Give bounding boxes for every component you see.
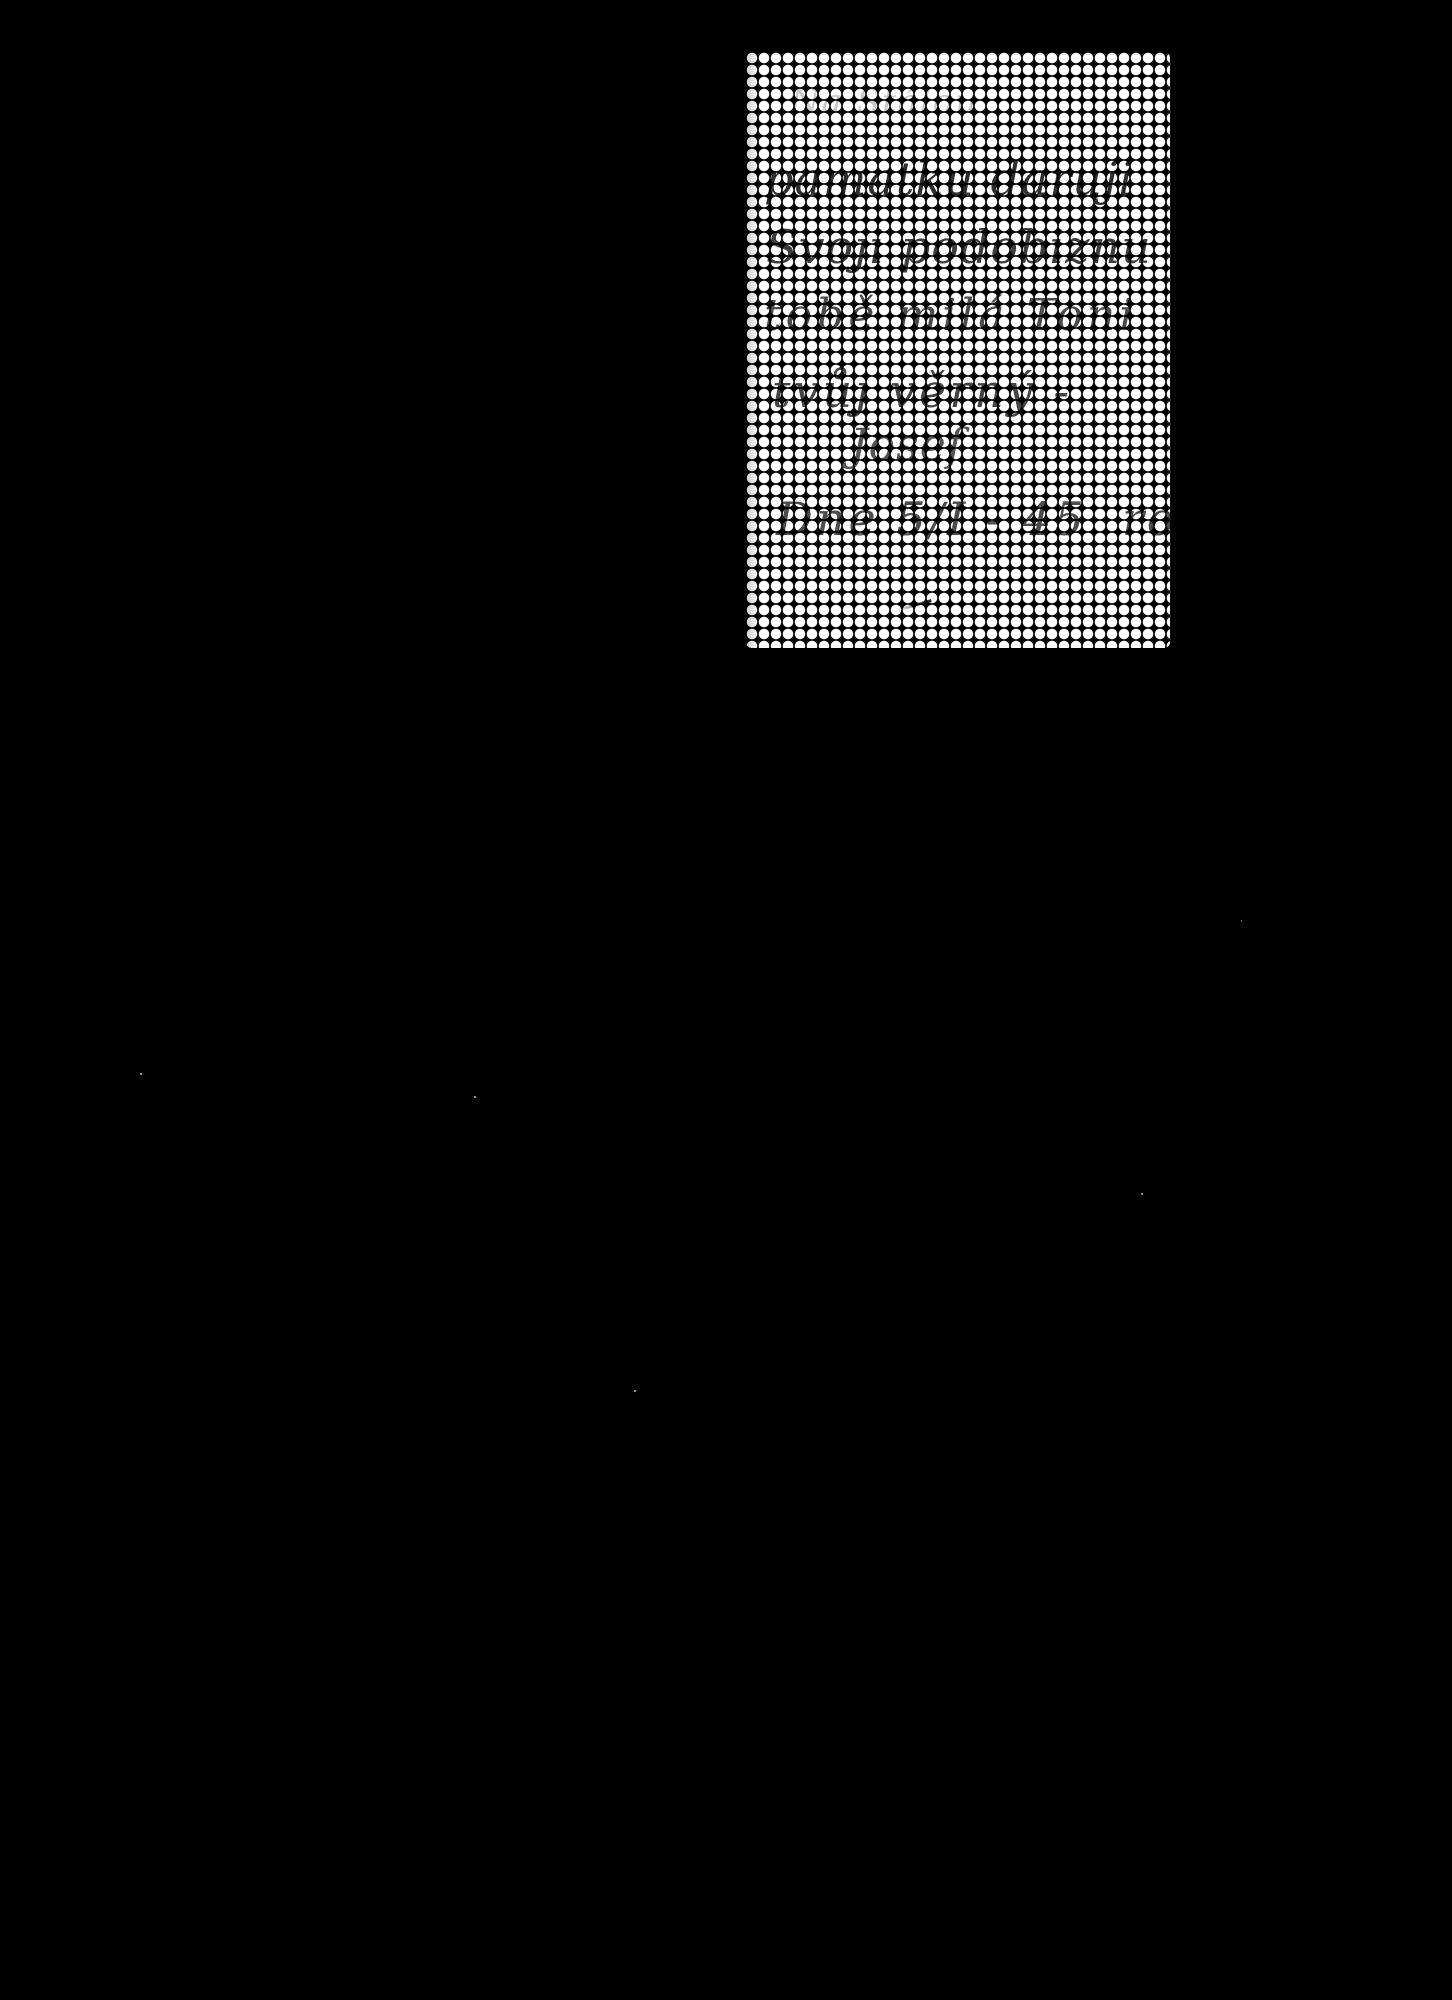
- dust-speck: [140, 1073, 142, 1075]
- photo-card-back: Na Stálou pamatku daruji Svoji podobiznu…: [746, 52, 1170, 648]
- dust-speck: [1241, 920, 1242, 921]
- ink-stray-mark: [896, 599, 931, 612]
- handwriting-signature: Josef: [850, 420, 964, 471]
- handwriting-line: Svoji podobiznu: [766, 220, 1152, 274]
- handwriting-date: Dne 5/I - 45. roku: [776, 492, 1241, 546]
- card-edge-shadow: [746, 52, 760, 648]
- dust-speck: [1141, 1193, 1143, 1195]
- scan-background: Na Stálou pamatku daruji Svoji podobiznu…: [0, 0, 1452, 2000]
- handwriting-line: tobě milá Toni: [764, 290, 1137, 341]
- dust-speck: [474, 1096, 476, 1098]
- handwriting-line-faded: Na Stálou: [790, 82, 979, 122]
- handwriting-line: tvůj věrný -: [772, 364, 1072, 418]
- handwriting-line: pamatku daruji: [764, 152, 1134, 206]
- photo-card-surface: Na Stálou pamatku daruji Svoji podobiznu…: [746, 52, 1170, 648]
- dust-speck: [634, 1390, 636, 1392]
